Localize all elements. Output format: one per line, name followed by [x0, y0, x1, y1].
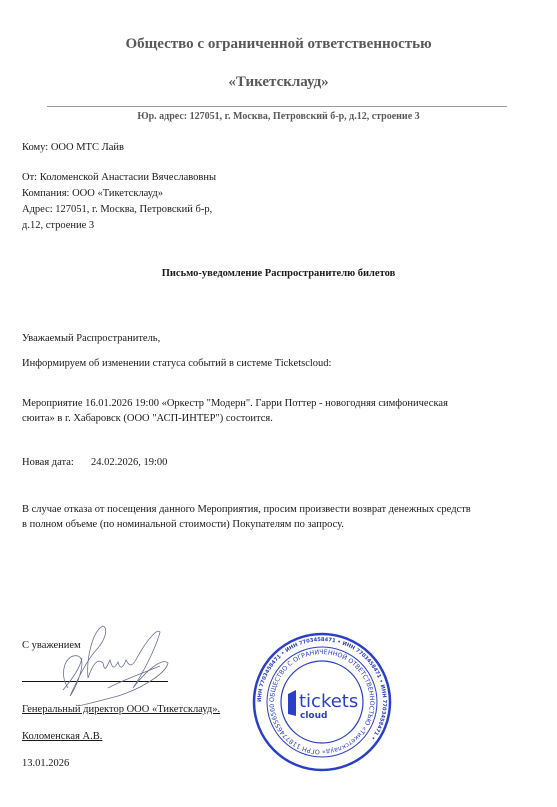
letter-title: Письмо-уведомление Распространителю биле…: [0, 268, 557, 279]
letter-date: 13.01.2026: [22, 758, 69, 769]
svg-text:cloud: cloud: [300, 711, 327, 721]
company-stamp-icon: ИНН 7703458471 • ИНН 7703458471 • ИНН 77…: [252, 632, 392, 772]
event-line1: Мероприятие 16.01.2026 19:00 «Оркестр "М…: [22, 398, 448, 409]
greeting: Уважаемый Распространитель,: [22, 333, 160, 344]
intro-text: Информируем об изменении статуса событий…: [22, 358, 331, 369]
refund-line1: В случае отказа от посещения данного Мер…: [22, 504, 471, 515]
sender-from: От: Коломенской Анастасии Вячеславовны: [22, 172, 216, 183]
sender-address-line2: д.12, строение 3: [22, 220, 94, 231]
svg-text:tickets: tickets: [299, 691, 358, 712]
new-date-label: Новая дата:: [22, 457, 74, 468]
sender-company: Компания: ООО «Тикетсклауд»: [22, 188, 163, 199]
signer-name: Коломенская А.В.: [22, 731, 102, 742]
legal-address: Юр. адрес: 127051, г. Москва, Петровский…: [0, 111, 557, 122]
handwritten-signature-icon: [48, 618, 178, 708]
company-name-line1: Общество с ограниченной ответственностью: [0, 36, 557, 53]
refund-line2: в полном объеме (по номинальной стоимост…: [22, 519, 344, 530]
event-line2: сюита» в г. Хабаровск (ООО "АСП-ИНТЕР") …: [22, 413, 273, 424]
company-name-line2: «Тикетсклауд»: [0, 74, 557, 91]
new-date-value: 24.02.2026, 19:00: [91, 457, 167, 468]
header-divider: [47, 106, 507, 107]
recipient-line: Кому: ООО МТС Лайв: [22, 142, 124, 153]
sender-address-line1: Адрес: 127051, г. Москва, Петровский б-р…: [22, 204, 212, 215]
